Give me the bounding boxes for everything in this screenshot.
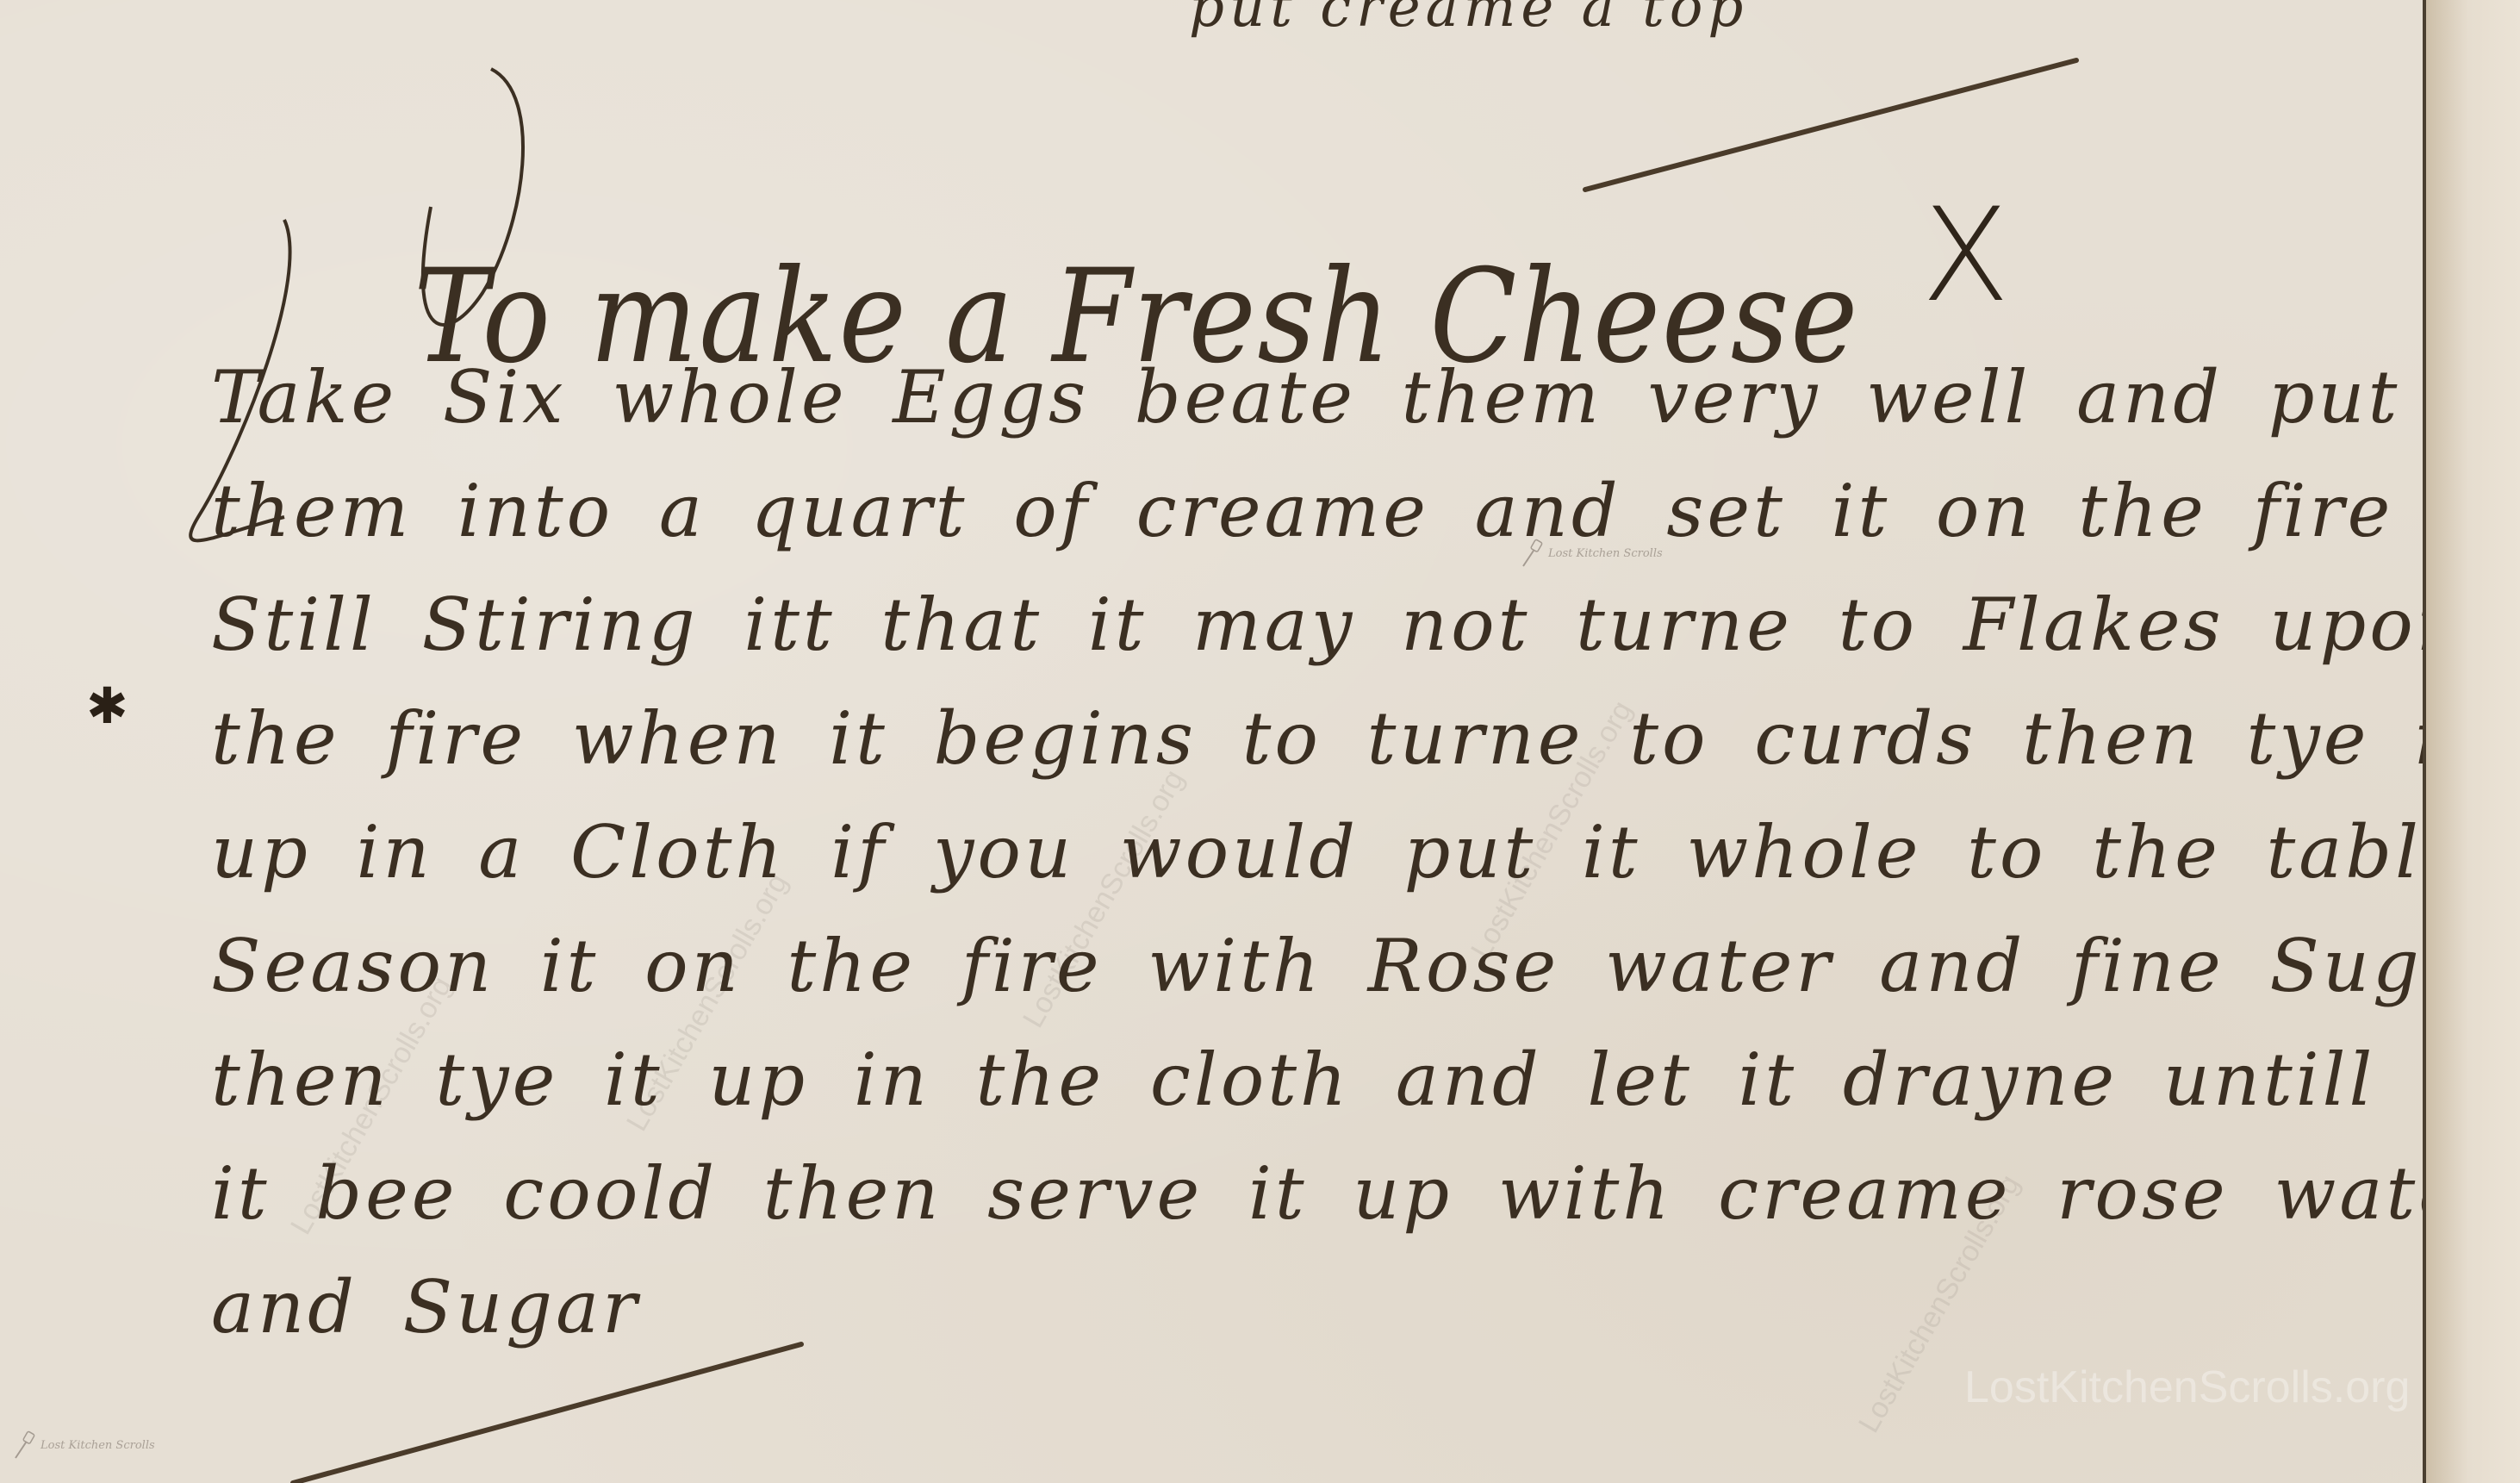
recipe-line: then tye it up in the cloth and let it d…	[211, 1023, 2417, 1137]
cross-mark-icon: X	[1921, 181, 2010, 331]
recipe-line: and Sugar	[211, 1250, 2417, 1364]
recipe-line: them into a quart of creame and set it o…	[211, 454, 2417, 568]
watermark-logo: Lost Kitchen Scrolls	[13, 1430, 155, 1460]
previous-recipe-fragment: put creame a top	[1189, 0, 1748, 40]
recipe-line: Season it on the fire with Rose water an…	[211, 909, 2417, 1023]
corner-watermark: LostKitchenScrolls.org	[1964, 1361, 2410, 1413]
watermark-text: Lost Kitchen Scrolls	[1548, 547, 1663, 560]
recipe-line: up in a Cloth if you would put it whole …	[211, 795, 2417, 909]
watermark-logo: Lost Kitchen Scrolls	[1521, 539, 1663, 568]
spatula-icon	[13, 1430, 35, 1460]
manuscript-page: LostKitchenScrolls.org LostKitchenScroll…	[0, 0, 2423, 1483]
manicule-pointer-icon: ✱	[86, 676, 128, 735]
recipe-line: Take Six whole Eggs beate them very well…	[211, 340, 2417, 454]
recipe-line: the fire when it begins to turne to curd…	[211, 682, 2417, 795]
watermark-text: Lost Kitchen Scrolls	[40, 1439, 155, 1452]
adjacent-page-edge	[2426, 0, 2520, 1483]
recipe-line: Still Stiring itt that it may not turne …	[211, 568, 2417, 682]
recipe-line: it bee coold then serve it up with cream…	[211, 1137, 2417, 1250]
recipe-body: Take Six whole Eggs beate them very well…	[211, 340, 2417, 1364]
spatula-icon	[1521, 539, 1543, 568]
